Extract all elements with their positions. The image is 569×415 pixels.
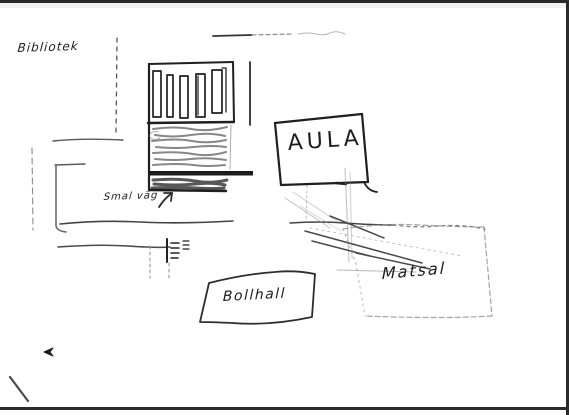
page-border-top bbox=[0, 0, 569, 3]
left-paths bbox=[32, 139, 123, 232]
scanned-hand-drawn-map: Bibliotek Smal väg AULA Bollhall Matsal bbox=[0, 0, 569, 415]
label-smal-vag: Smal väg bbox=[103, 191, 158, 203]
label-aula: AULA bbox=[287, 128, 363, 155]
building-shading-lower bbox=[152, 179, 227, 188]
building-shading-middle bbox=[149, 127, 227, 166]
school-building bbox=[148, 62, 253, 191]
label-bibliotek: Bibliotek bbox=[17, 40, 79, 54]
crossing-marks bbox=[167, 239, 189, 262]
margin-pen-stroke bbox=[10, 377, 28, 401]
dashed-path-line bbox=[116, 38, 117, 135]
label-bollhall: Bollhall bbox=[223, 287, 286, 304]
building-dark-bar bbox=[149, 171, 253, 176]
page-border-bottom bbox=[0, 407, 569, 410]
map-drawing bbox=[0, 0, 569, 415]
smal-vag-arrow-icon bbox=[159, 193, 172, 207]
margin-arrow-icon bbox=[44, 348, 53, 356]
building-window-slats bbox=[153, 68, 226, 118]
top-road-line bbox=[213, 32, 345, 36]
